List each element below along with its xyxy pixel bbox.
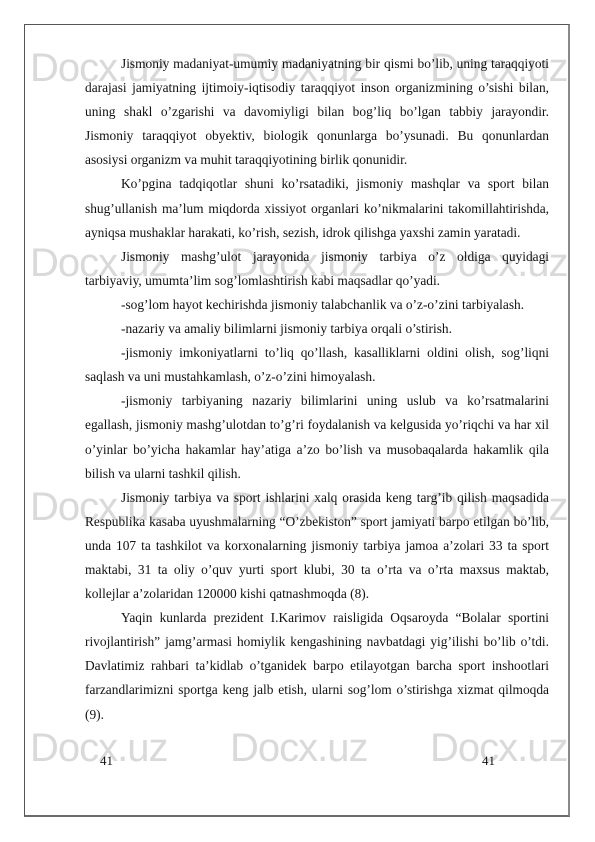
paragraph-physical-culture: Jismoniy madaniyat-umumiy madaniyatning … — [85, 52, 549, 172]
paragraph-children-sport-fund: Yaqin kunlarda prezident I.Karimov raisl… — [85, 606, 549, 726]
page-number-left: 41 — [100, 753, 113, 769]
list-item-theory: -jismoniy tarbiyaning nazariy bilimlarin… — [85, 389, 549, 485]
document-body: Jismoniy madaniyat-umumiy madaniyatning … — [85, 52, 549, 727]
paragraph-sport-society: Jismoniy tarbiya va sport ishlarini xalq… — [85, 486, 549, 606]
paragraph-training-goals: Jismoniy mashg’ulot jarayonida jismoniy … — [85, 245, 549, 293]
list-item-knowledge: -nazariy va amaliy bilimlarni jismoniy t… — [85, 317, 549, 341]
list-item-healthy-life: -sog’lom hayot kechirishda jismoniy tala… — [85, 293, 549, 317]
list-item-capabilities: -jismoniy imkoniyatlarni to’liq qo’llash… — [85, 341, 549, 389]
paragraph-research: Ko’pgina tadqiqotlar shuni ko’rsatadiki,… — [85, 172, 549, 244]
page-number-right: 41 — [482, 753, 495, 769]
